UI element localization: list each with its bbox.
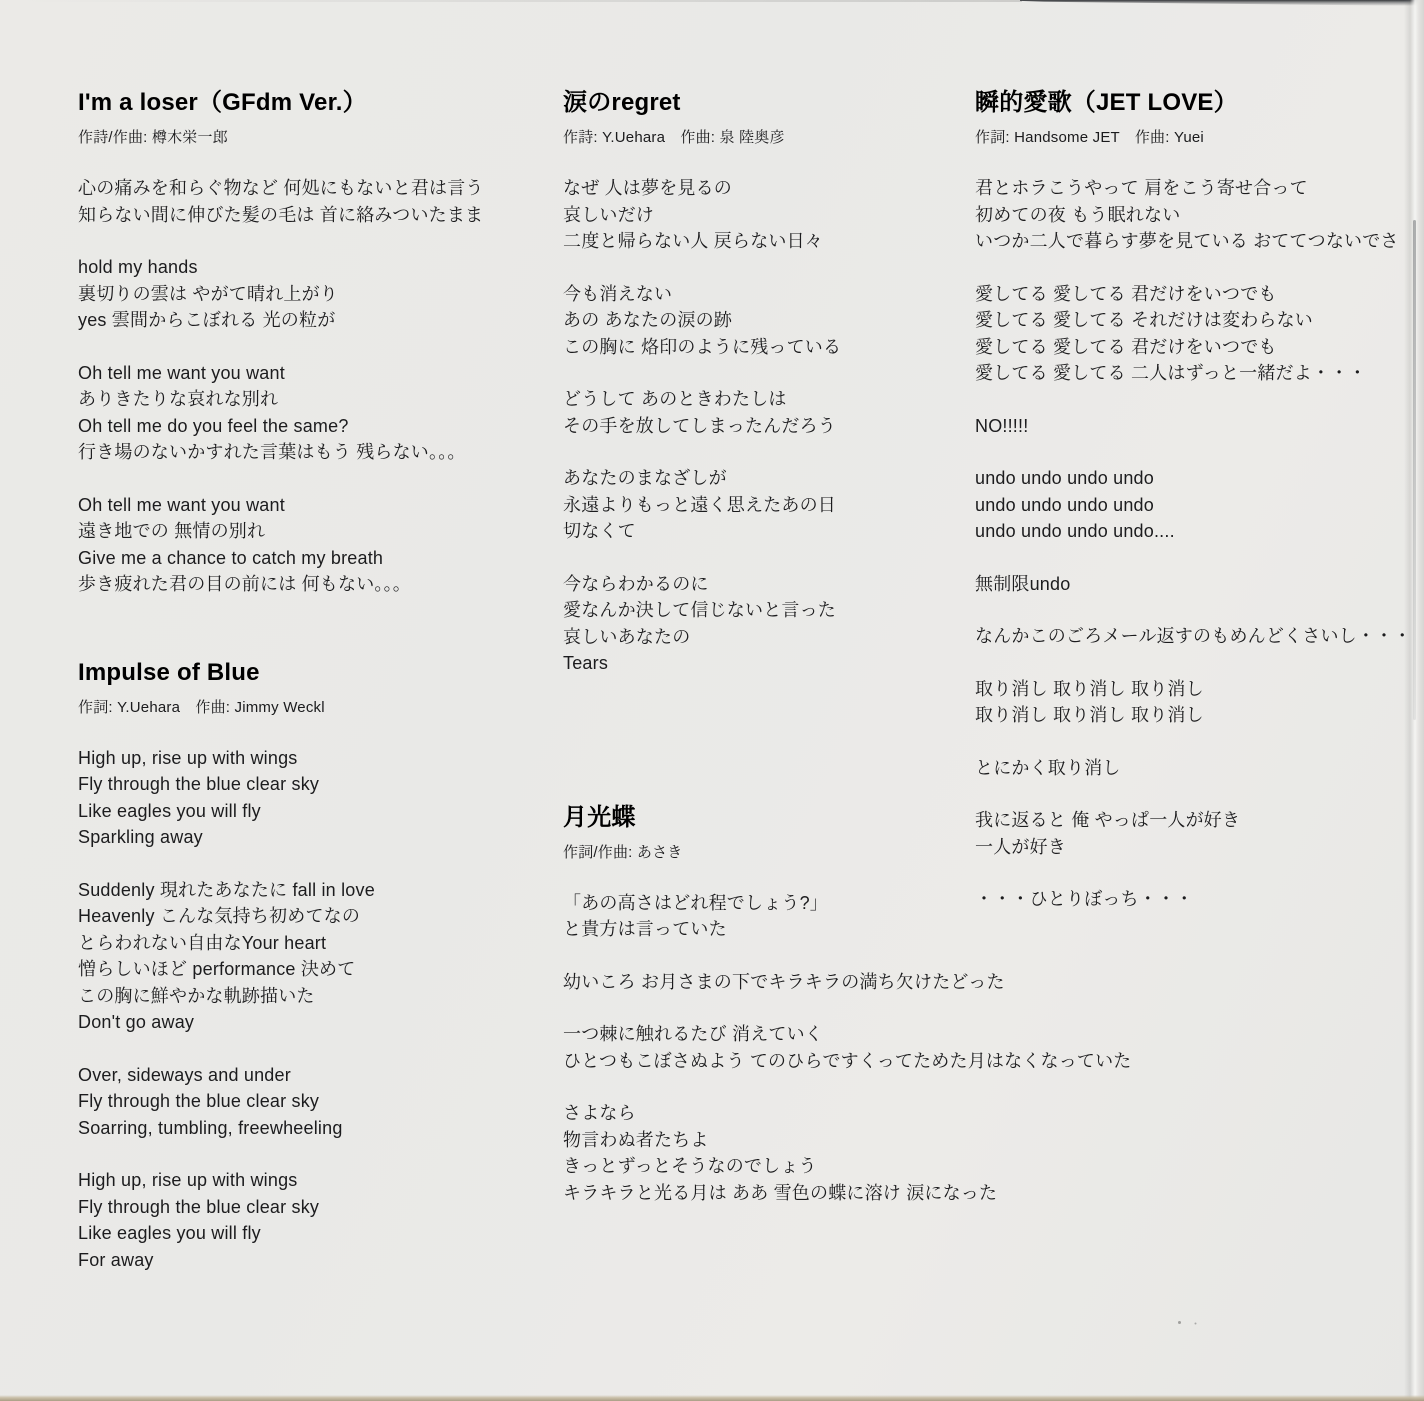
- lyric-line: いつか二人で暮らす夢を見ている おててつないでさ: [975, 228, 1420, 255]
- song-lyrics: 君とホラこうやって 肩をこう寄せ合って初めての夜 もう眠れないいつか二人で暮らす…: [975, 175, 1420, 913]
- lyric-line: さよなら: [563, 1100, 1203, 1127]
- stanza: Oh tell me want you want遠き地での 無情の別れGive …: [78, 492, 553, 598]
- lyric-line: NO!!!!!: [975, 413, 1420, 440]
- booklet-spine: [0, 0, 22, 1401]
- song-title: I'm a loser（GFdm Ver.）: [78, 88, 553, 118]
- lyric-line: ありきたりな哀れな別れ: [78, 386, 553, 413]
- stanza: 君とホラこうやって 肩をこう寄せ合って初めての夜 もう眠れないいつか二人で暮らす…: [975, 175, 1420, 255]
- lyric-line: 憎らしいほど performance 決めて: [78, 956, 553, 983]
- lyric-line: 行き場のないかすれた言葉はもう 残らない。。。: [78, 439, 553, 466]
- stanza: Oh tell me want you wantありきたりな哀れな別れOh te…: [78, 360, 553, 466]
- lyric-line: とにかく取り消し: [975, 755, 1420, 782]
- lyric-line: 幼いころ お月さまの下でキラキラの満ち欠けたどった: [563, 969, 1203, 996]
- stanza: とにかく取り消し: [975, 755, 1420, 782]
- stanza: undo undo undo undoundo undo undo undoun…: [975, 465, 1420, 545]
- lyric-line: 取り消し 取り消し 取り消し: [975, 676, 1420, 703]
- lyric-line: Suddenly 現れたあなたに fall in love: [78, 877, 553, 904]
- lyric-line: 愛してる 愛してる 君だけをいつでも: [975, 334, 1420, 361]
- lyric-line: Fly through the blue clear sky: [78, 1088, 553, 1115]
- lyric-line: High up, rise up with wings: [78, 1167, 553, 1194]
- stanza: 一つ棘に触れるたび 消えていくひとつもこぼさぬよう てのひらですくってためた月は…: [563, 1021, 1203, 1074]
- lyric-line: きっとずっとそうなのでしょう: [563, 1153, 1203, 1180]
- song-lyrics: High up, rise up with wingsFly through t…: [78, 745, 553, 1274]
- lyric-line: Soarring, tumbling, freewheeling: [78, 1115, 553, 1142]
- lyric-line: 裏切りの雲は やがて晴れ上がり: [78, 281, 553, 308]
- lyric-line: 心の痛みを和らぐ物など 何処にもないと君は言う: [78, 175, 553, 202]
- song-credit: 作詞: Y.Uehara 作曲: Jimmy Weckl: [78, 698, 553, 718]
- lyric-line: undo undo undo undo: [975, 492, 1420, 519]
- lyric-line: yes 雲間からこぼれる 光の粒が: [78, 307, 553, 334]
- lyric-line: Oh tell me want you want: [78, 360, 553, 387]
- lyric-line: 我に返ると 俺 やっぱ一人が好き: [975, 807, 1420, 834]
- lyric-line: この胸に鮮やかな軌跡描いた: [78, 983, 553, 1010]
- lyric-line: undo undo undo undo: [975, 465, 1420, 492]
- song-lyrics: 心の痛みを和らぐ物など 何処にもないと君は言う知らない間に伸びた髪の毛は 首に絡…: [78, 175, 553, 598]
- lyric-line: Fly through the blue clear sky: [78, 1194, 553, 1221]
- song-title: 瞬的愛歌（JET LOVE）: [975, 88, 1420, 118]
- stanza: 心の痛みを和らぐ物など 何処にもないと君は言う知らない間に伸びた髪の毛は 首に絡…: [78, 175, 553, 228]
- stanza: High up, rise up with wingsFly through t…: [78, 1167, 553, 1273]
- stanza: Over, sideways and underFly through the …: [78, 1062, 553, 1142]
- stanza: High up, rise up with wingsFly through t…: [78, 745, 553, 851]
- lyric-line: 君とホラこうやって 肩をこう寄せ合って: [975, 175, 1420, 202]
- page-edge-top: [1020, 0, 1424, 6]
- lyric-line: Over, sideways and under: [78, 1062, 553, 1089]
- lyric-line: 愛してる 愛してる 君だけをいつでも: [975, 281, 1420, 308]
- lyric-line: For away: [78, 1247, 553, 1274]
- lyric-line: Oh tell me want you want: [78, 492, 553, 519]
- lyric-line: hold my hands: [78, 254, 553, 281]
- lyric-line: High up, rise up with wings: [78, 745, 553, 772]
- song-section-jet-love: 瞬的愛歌（JET LOVE） 作詞: Handsome JET 作曲: Yuei…: [975, 88, 1420, 913]
- lyric-line: ・・・ひとりぼっち・・・: [975, 886, 1420, 913]
- lyric-line: 取り消し 取り消し 取り消し: [975, 702, 1420, 729]
- lyric-line: キラキラと光る月は ああ 雪色の蝶に溶け 涙になった: [563, 1180, 1203, 1207]
- page-edge-top-left: [22, 0, 1022, 2]
- lyric-line: Fly through the blue clear sky: [78, 771, 553, 798]
- lyric-line: 遠き地での 無情の別れ: [78, 518, 553, 545]
- lyric-line: Like eagles you will fly: [78, 1220, 553, 1247]
- stanza: NO!!!!!: [975, 413, 1420, 440]
- stanza: 愛してる 愛してる 君だけをいつでも愛してる 愛してる それだけは変わらない愛し…: [975, 281, 1420, 387]
- song-section-im-a-loser: I'm a loser（GFdm Ver.） 作詩/作曲: 樽木栄一郎 心の痛み…: [78, 88, 553, 598]
- lyric-line: 初めての夜 もう眠れない: [975, 202, 1420, 229]
- lyric-line: Sparkling away: [78, 824, 553, 851]
- stanza: Suddenly 現れたあなたに fall in loveHeavenly こん…: [78, 877, 553, 1036]
- booklet-page: I'm a loser（GFdm Ver.） 作詩/作曲: 樽木栄一郎 心の痛み…: [0, 0, 1424, 1401]
- stanza: 幼いころ お月さまの下でキラキラの満ち欠けたどった: [563, 969, 1203, 996]
- dust-speck: [1178, 1321, 1181, 1324]
- song-section-impulse-of-blue: Impulse of Blue 作詞: Y.Uehara 作曲: Jimmy W…: [78, 658, 553, 1274]
- lyrics-column-right: 瞬的愛歌（JET LOVE） 作詞: Handsome JET 作曲: Yuei…: [975, 88, 1420, 939]
- stanza: ・・・ひとりぼっち・・・: [975, 886, 1420, 913]
- lyric-line: 一つ棘に触れるたび 消えていく: [563, 1021, 1203, 1048]
- stanza: 取り消し 取り消し 取り消し取り消し 取り消し 取り消し: [975, 676, 1420, 729]
- stanza: 無制限undo: [975, 571, 1420, 598]
- lyric-line: 一人が好き: [975, 834, 1420, 861]
- song-credit: 作詩/作曲: 樽木栄一郎: [78, 128, 553, 148]
- lyric-line: undo undo undo undo....: [975, 518, 1420, 545]
- lyric-line: 知らない間に伸びた髪の毛は 首に絡みついたまま: [78, 202, 553, 229]
- stanza: hold my hands裏切りの雲は やがて晴れ上がりyes 雲間からこぼれる…: [78, 254, 553, 334]
- lyric-line: なんかこのごろメール返すのもめんどくさいし・・・: [975, 623, 1420, 650]
- lyric-line: Heavenly こんな気持ち初めてなの: [78, 903, 553, 930]
- song-title: Impulse of Blue: [78, 658, 553, 688]
- lyric-line: Oh tell me do you feel the same?: [78, 413, 553, 440]
- stanza: なんかこのごろメール返すのもめんどくさいし・・・: [975, 623, 1420, 650]
- lyric-line: Don't go away: [78, 1009, 553, 1036]
- stanza: さよなら物言わぬ者たちよきっとずっとそうなのでしょうキラキラと光る月は ああ 雪…: [563, 1100, 1203, 1206]
- lyric-line: 愛してる 愛してる 二人はずっと一緒だよ・・・: [975, 360, 1420, 387]
- lyric-line: Give me a chance to catch my breath: [78, 545, 553, 572]
- lyric-line: 歩き疲れた君の目の前には 何もない。。。: [78, 571, 553, 598]
- lyric-line: 愛してる 愛してる それだけは変わらない: [975, 307, 1420, 334]
- lyrics-column-left: I'm a loser（GFdm Ver.） 作詩/作曲: 樽木栄一郎 心の痛み…: [78, 88, 553, 1299]
- lyric-line: 物言わぬ者たちよ: [563, 1127, 1203, 1154]
- song-credit: 作詞: Handsome JET 作曲: Yuei: [975, 128, 1420, 148]
- page-edge-bottom: [0, 1395, 1424, 1401]
- lyric-line: 無制限undo: [975, 571, 1420, 598]
- lyric-line: Like eagles you will fly: [78, 798, 553, 825]
- stanza: 我に返ると 俺 やっぱ一人が好き一人が好き: [975, 807, 1420, 860]
- lyric-line: ひとつもこぼさぬよう てのひらですくってためた月はなくなっていた: [563, 1048, 1203, 1075]
- lyric-line: とらわれない自由なYour heart: [78, 930, 553, 957]
